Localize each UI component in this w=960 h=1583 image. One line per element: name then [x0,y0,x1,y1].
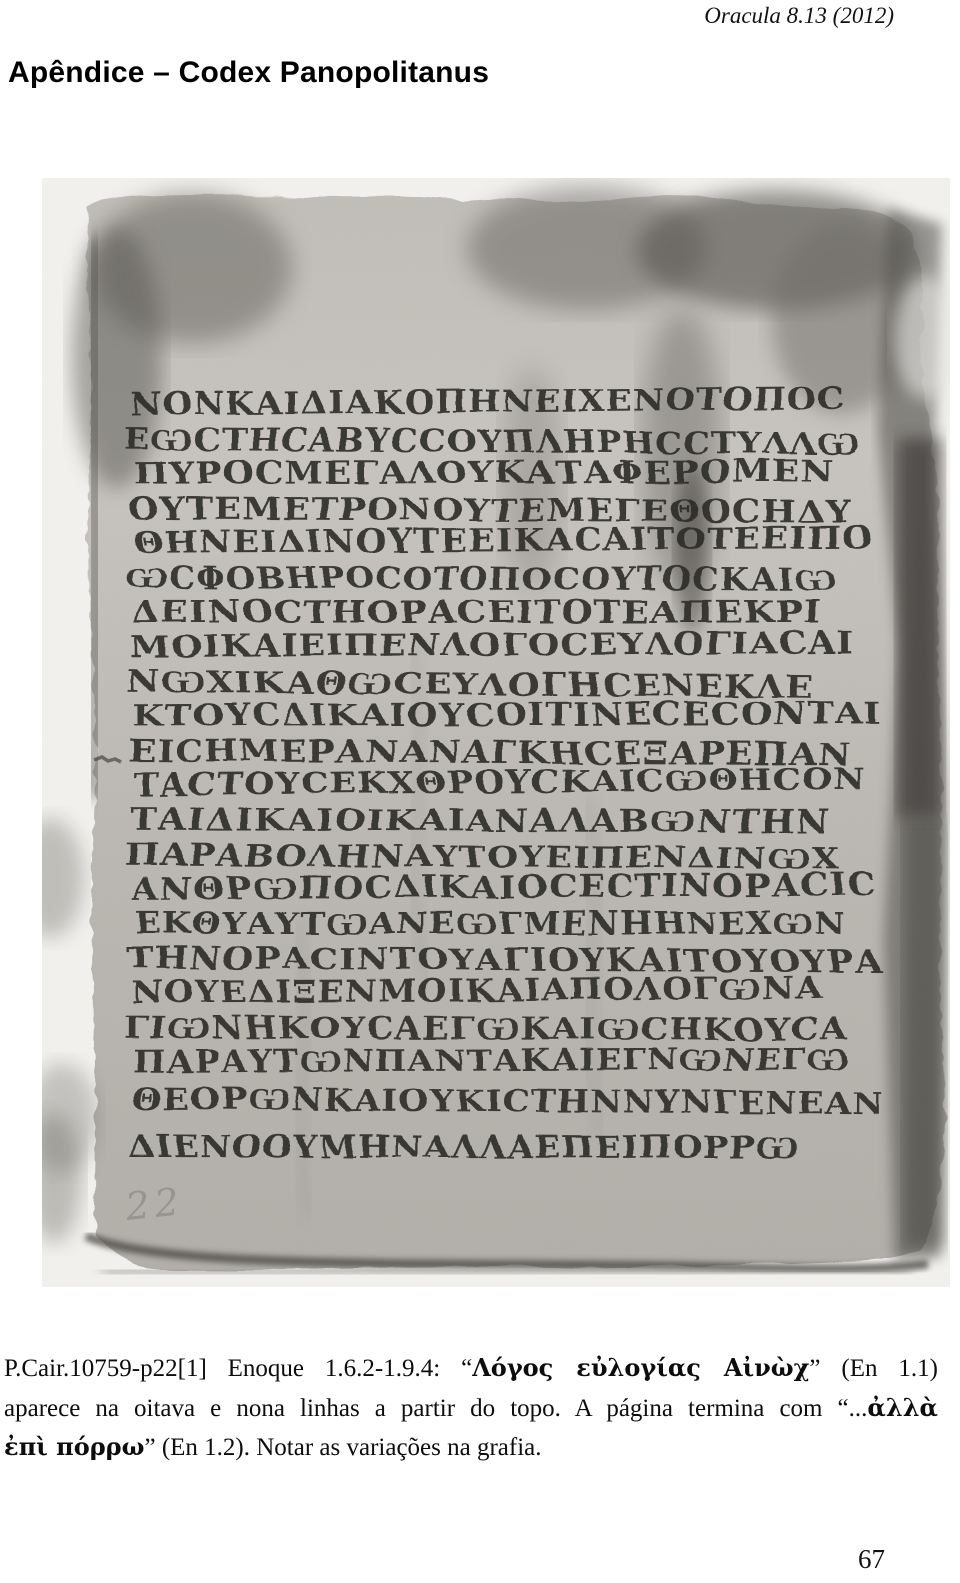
manuscript-photo-figure: ΝΟΝΚΑΙΔΙΑΚΟΠΗΝΕΙΧΕΝΟΤΟΠΟϹΕѠϹΤΗϹΑΒΥϹϹΟΥΠΛ… [42,178,950,1287]
caption-greek-phrase: Λόγος εὐλογίας Αἰνὼχ [472,1353,809,1382]
caption: P.Cair.10759-p22[1] Enoque 1.6.2-1.9.4: … [4,1349,938,1468]
document-page: Oracula 8.13 (2012) Apêndice – Codex Pan… [0,0,960,1583]
caption-line: P.Cair.10759-p22[1] Enoque 1.6.2-1.9.4: … [4,1349,938,1389]
caption-text: ” (En 1.2). Notar as variações na grafia… [144,1434,541,1461]
caption-line: ἐπὶ πόρρω” (En 1.2). Notar as variações … [4,1428,938,1468]
photo-grain-overlay [42,178,950,1287]
page-number: 67 [858,1544,885,1575]
manuscript-photo: ΝΟΝΚΑΙΔΙΑΚΟΠΗΝΕΙΧΕΝΟΤΟΠΟϹΕѠϹΤΗϹΑΒΥϹϹΟΥΠΛ… [42,178,950,1287]
caption-text: P.Cair.10759-p22[1] Enoque 1.6.2-1.9.4: … [4,1355,472,1382]
caption-text: ” (En 1.1) [809,1355,938,1382]
journal-header: Oracula 8.13 (2012) [704,3,894,29]
caption-greek-phrase: ἐπὶ πόρρω [4,1432,144,1461]
page-title: Apêndice – Codex Panopolitanus [8,56,489,90]
caption-greek-phrase: ἀλλὰ [867,1393,938,1422]
caption-line: aparece na oitava e nona linhas a partir… [4,1389,938,1429]
caption-text: aparece na oitava e nona linhas a partir… [4,1395,867,1422]
